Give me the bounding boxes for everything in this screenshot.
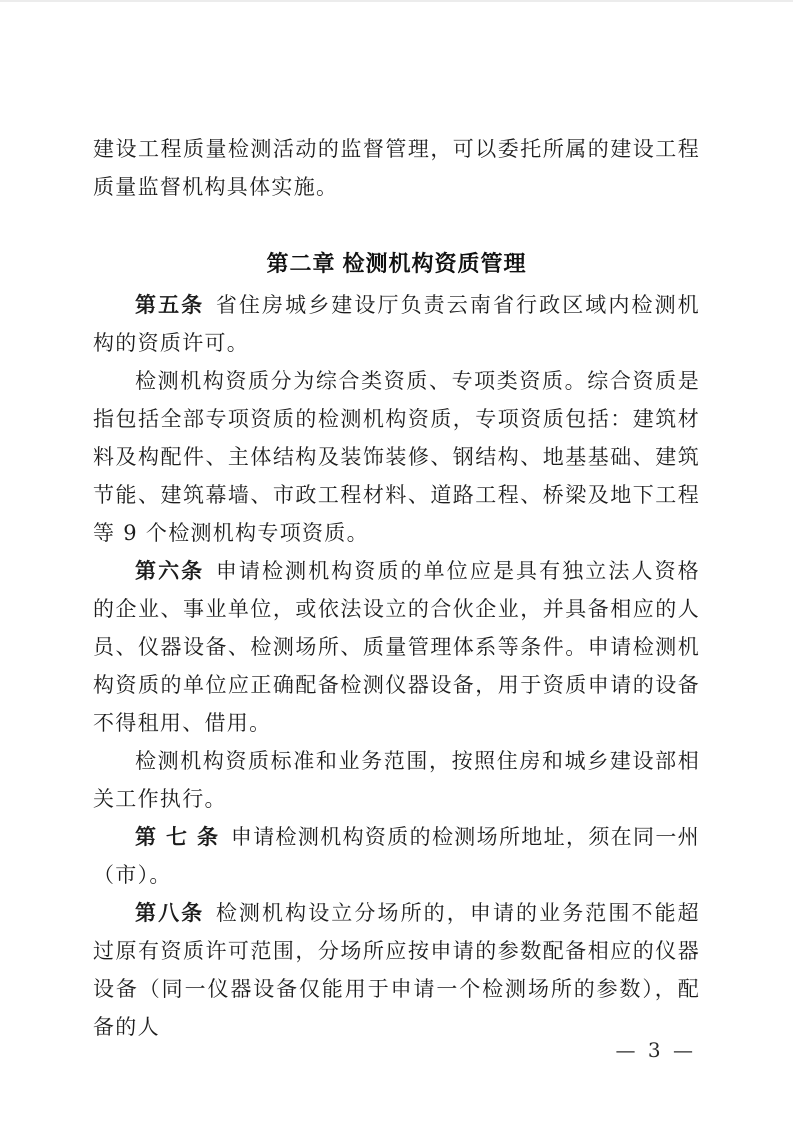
paragraph-article-5: 第五条省住房城乡建设厅负责云南省行政区域内检测机构的资质许可。 (93, 286, 700, 362)
article-5-label: 第五条 (135, 292, 204, 317)
paragraph-article-6: 第六条申请检测机构资质的单位应是具有独立法人资格的企业、事业单位，或依法设立的合… (93, 552, 700, 742)
article-6-label: 第六条 (135, 558, 204, 583)
document-body: 建设工程质量检测活动的监督管理，可以委托所属的建设工程质量监督机构具体实施。 第… (93, 130, 700, 1046)
page-number: — 3 — (616, 1038, 696, 1062)
paragraph-article-7: 第 七 条申请检测机构资质的检测场所地址，须在同一州（市）。 (93, 818, 700, 894)
article-6-text: 申请检测机构资质的单位应是具有独立法人资格的企业、事业单位，或依法设立的合伙企业… (93, 559, 700, 735)
article-7-label: 第 七 条 (135, 824, 219, 849)
paragraph-intro: 建设工程质量检测活动的监督管理，可以委托所属的建设工程质量监督机构具体实施。 (93, 130, 700, 206)
document-page: 建设工程质量检测活动的监督管理，可以委托所属的建设工程质量监督机构具体实施。 第… (0, 0, 793, 1122)
standards-text: 检测机构资质标准和业务范围，按照住房和城乡建设部相关工作执行。 (93, 749, 700, 811)
paragraph-qualification-types: 检测机构资质分为综合类资质、专项类资质。综合资质是指包括全部专项资质的检测机构资… (93, 362, 700, 552)
paragraph-article-8: 第八条检测机构设立分场所的，申请的业务范围不能超过原有资质许可范围，分场所应按申… (93, 894, 700, 1046)
article-8-label: 第八条 (135, 900, 204, 925)
chapter-heading: 第二章 检测机构资质管理 (93, 245, 700, 283)
scan-edge-artifact (0, 0, 793, 2)
paragraph-standards: 检测机构资质标准和业务范围，按照住房和城乡建设部相关工作执行。 (93, 742, 700, 818)
qualification-types-text: 检测机构资质分为综合类资质、专项类资质。综合资质是指包括全部专项资质的检测机构资… (93, 369, 700, 545)
